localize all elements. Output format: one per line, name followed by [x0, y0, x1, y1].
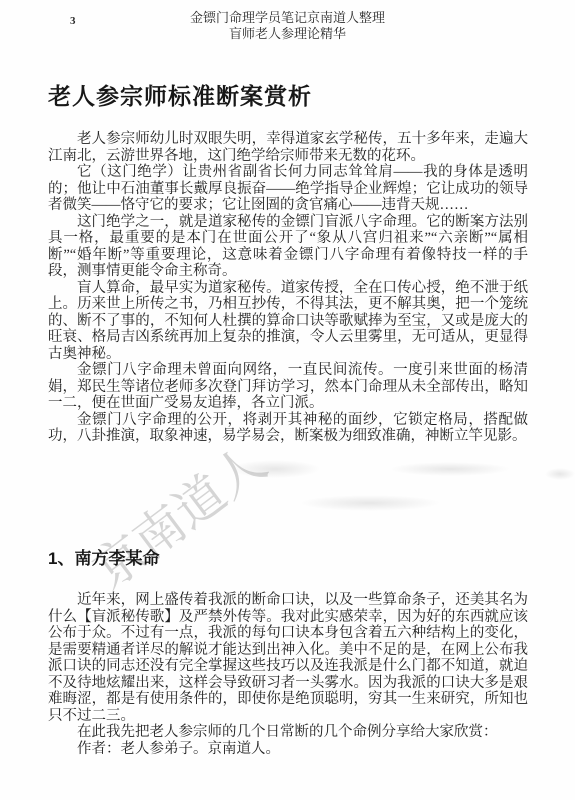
paragraph-1: 老人参宗师幼儿时双眼失明，幸得道家玄学秘传，五十多年来，走遍大江南北，云游世界各… [48, 131, 528, 164]
scan-smudge [300, 495, 440, 511]
section-1: 1、南方李某命 近年来，网上盛传着我派的断命口诀，以及一些算命条子，还美其名为什… [48, 548, 528, 757]
scan-smudge [230, 460, 320, 478]
running-header: 3 金镖门命理学员笔记京南道人整理 盲师老人参理论精华 [0, 10, 575, 42]
header-line-1: 金镖门命理学员笔记京南道人整理 [0, 10, 575, 26]
scan-smudge [545, 468, 575, 480]
scan-smudge [390, 462, 510, 476]
page-number: 3 [70, 13, 76, 29]
paragraph-4: 盲人算命，最早实为道家秘传。道家传授，全在口传心授，绝不泄于纸上。历来世上所传之… [48, 280, 528, 363]
document-page: 3 金镖门命理学员笔记京南道人整理 盲师老人参理论精华 京南道人 老人参宗师标准… [0, 0, 575, 800]
share-line: 在此我先把老人参宗师的几个日常断的几个命例分享给大家欣赏： [48, 724, 528, 741]
header-line-2: 盲师老人参理论精华 [0, 26, 575, 42]
author-line: 作者：老人参弟子。京南道人。 [48, 741, 528, 758]
paragraph-3: 这门绝学之一，就是道家秘传的金镖门盲派八字命理。它的断案方法别具一格，最重要的是… [48, 214, 528, 280]
paragraph-5: 金镖门八字命理未曾面向网络，一直民间流传。一度引来世面的杨清娟，郑民生等诸位老师… [48, 362, 528, 412]
section-heading: 1、南方李某命 [48, 548, 528, 570]
paragraph-6: 金镖门八字命理的公开，将剥开其神秘的面纱，它锁定格局，搭配做功，八卦推演，取象神… [48, 412, 528, 445]
paragraph-2: 它（这门绝学）让贵州省副省长何力同志耸耸肩——我的身体是透明的；他让中石油董事长… [48, 164, 528, 214]
section-paragraph: 近年来，网上盛传着我派的断命口诀，以及一些算命条子，还美其名为什么【盲派秘传歌】… [48, 592, 528, 724]
body-text: 老人参宗师幼儿时双眼失明，幸得道家玄学秘传，五十多年来，走遍大江南北，云游世界各… [48, 131, 528, 445]
document-title: 老人参宗师标准断案赏析 [48, 82, 312, 110]
